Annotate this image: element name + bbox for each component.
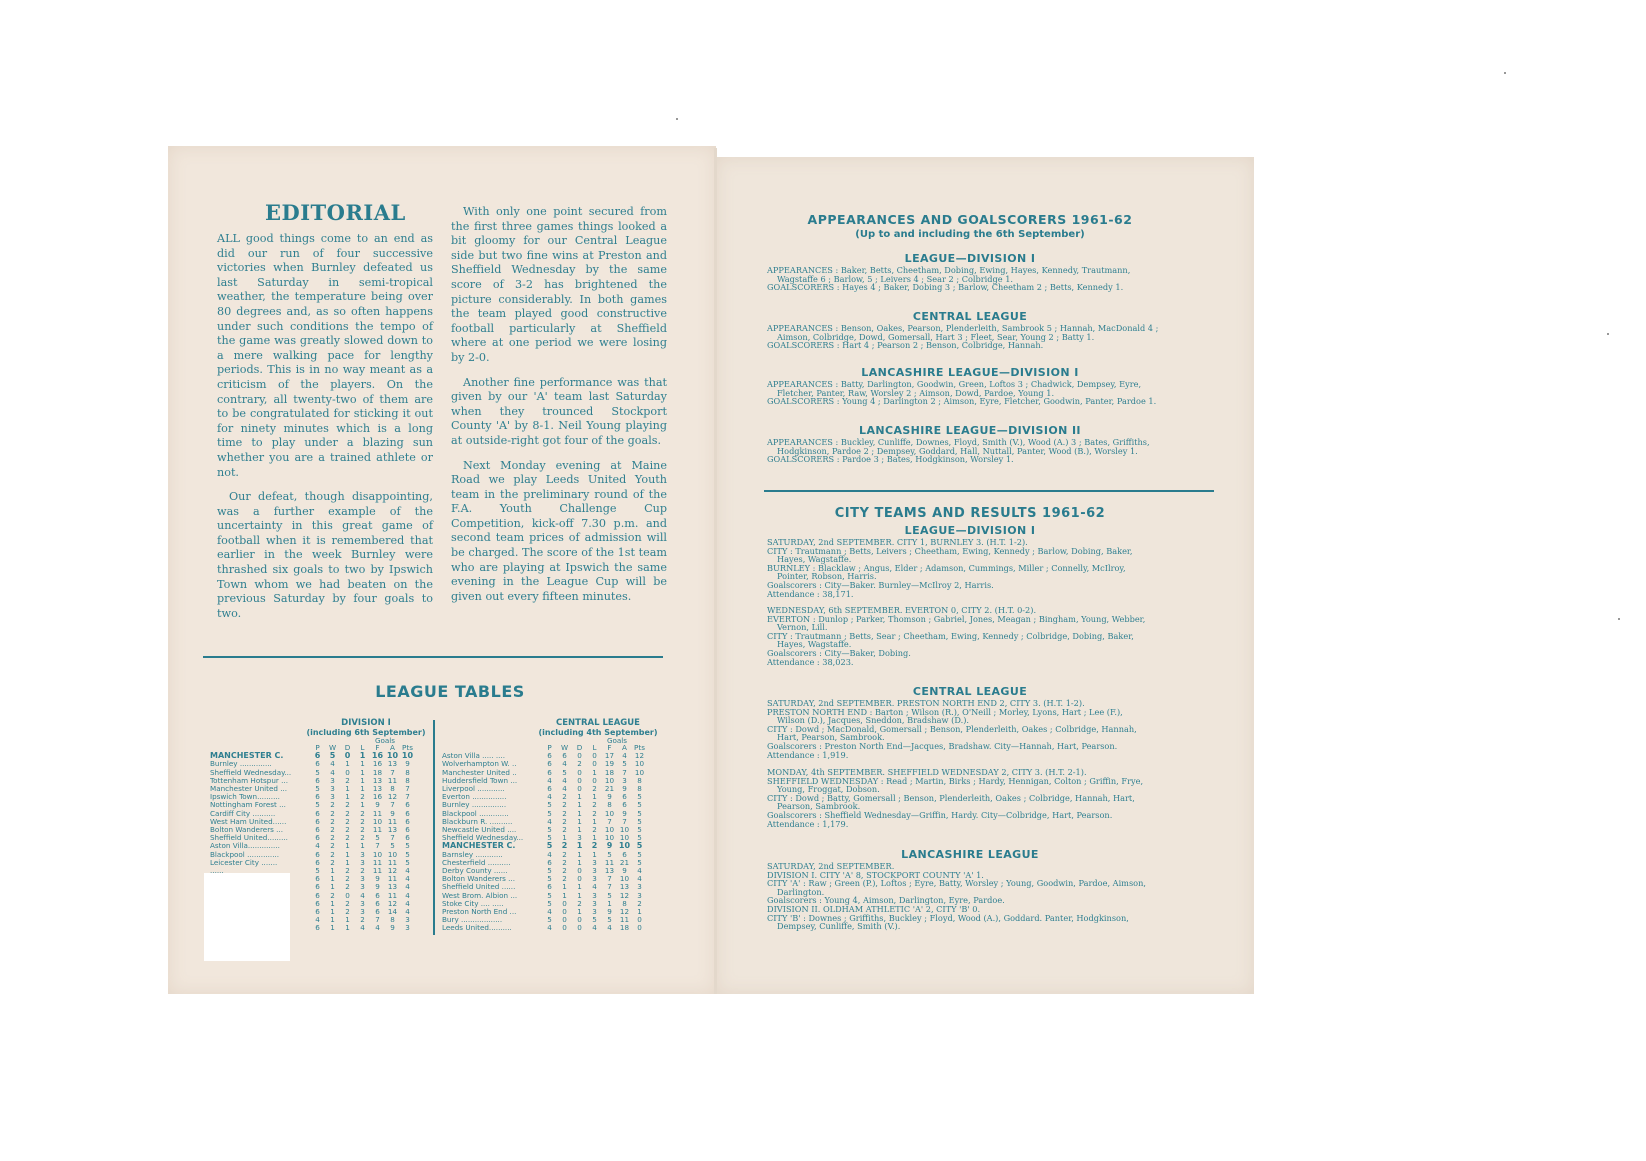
team-name: West Brom. Albion ...: [442, 892, 542, 900]
team-name: Nottingham Forest ...: [210, 801, 310, 809]
team-name: Blackpool ..............: [210, 851, 310, 859]
spacer: [210, 737, 310, 744]
stat-cell: 6: [310, 924, 325, 932]
spacer: [210, 744, 310, 752]
central-league-table: CENTRAL LEAGUE (including 4th September)…: [442, 718, 664, 933]
table-row: MANCHESTER C.6501161010: [210, 752, 415, 760]
section-body: APPEARANCES : Batty, Darlington, Goodwin…: [767, 380, 1215, 406]
team-name: Burnley ...............: [442, 801, 542, 809]
team-name: Newcastle United ....: [442, 826, 542, 834]
team-name: Sheffield Wednesday...: [442, 834, 542, 842]
editorial-column-2: With only one point secured from the fir…: [451, 205, 667, 614]
table-row: Aston Villa..............4211755: [210, 842, 415, 850]
team-name: Aston Villa..............: [210, 842, 310, 850]
stat-cell: 4: [370, 924, 385, 932]
table-subtitle: (including 4th September): [442, 728, 664, 737]
team-name: Bolton Wanderers ...: [442, 875, 542, 883]
goals-header-row: Goals: [210, 737, 415, 744]
table-row: Newcastle United ....521210105: [442, 826, 647, 834]
column-header-row: PWDLFAPts: [210, 744, 415, 752]
team-name: Leeds United..........: [442, 924, 542, 932]
text-line: Attendance : 38,023.: [767, 658, 1215, 667]
column-header-row: PWDLFAPts: [442, 744, 647, 752]
section-heading: LANCASHIRE LEAGUE—DIVISION II: [760, 424, 1180, 437]
match-report: WEDNESDAY, 6th SEPTEMBER. EVERTON 0, CIT…: [767, 606, 1215, 666]
team-name: Blackpool .............: [442, 810, 542, 818]
redaction-patch: [204, 873, 290, 961]
stat-cell: 1: [340, 924, 355, 932]
league-tables-title: LEAGUE TABLES: [300, 682, 600, 701]
stat-cell: 0: [632, 924, 647, 932]
team-name: MANCHESTER C.: [210, 752, 310, 760]
table-row: Derby County ......52031394: [442, 867, 647, 875]
text-line: GOALSCORERS : Hart 4 ; Pearson 2 ; Benso…: [767, 341, 1215, 350]
scan-speck: [1618, 618, 1620, 620]
table-title: DIVISION I: [210, 718, 432, 728]
table-row: Nottingham Forest ...5221976: [210, 801, 415, 809]
editorial-title: EDITORIAL: [265, 200, 405, 225]
goals-header-row: Goals: [442, 737, 647, 744]
section-body: APPEARANCES : Benson, Oakes, Pearson, Pl…: [767, 324, 1215, 350]
table-row: Blackpool .............52121095: [442, 810, 647, 818]
section-heading: LEAGUE—DIVISION I: [760, 524, 1180, 537]
table-row: Leeds United..........40044180: [442, 924, 647, 932]
table-row: Bolton Wanderers ...52037104: [442, 875, 647, 883]
team-name: Manchester United ...: [210, 785, 310, 793]
scan-speck: [676, 118, 678, 120]
stat-cell: 0: [557, 924, 572, 932]
stat-cell: 4: [587, 924, 602, 932]
stat-cell: 4: [602, 924, 617, 932]
editorial-paragraph: Our defeat, though disappointing, was a …: [217, 490, 433, 621]
team-name: Burnley ..............: [210, 760, 310, 768]
table-row: Bolton Wanderers ...622211136: [210, 826, 415, 834]
stat-cell: 4: [542, 924, 557, 932]
section-heading: CENTRAL LEAGUE: [760, 310, 1180, 323]
team-name: Leicester City .......: [210, 859, 310, 867]
spacer: [442, 737, 542, 744]
team-name: Sheffield United.........: [210, 834, 310, 842]
table-row: Bury ..................50055110: [442, 916, 647, 924]
page-fold: [714, 148, 717, 994]
column-divider: [433, 720, 435, 935]
team-name: Manchester United ..: [442, 769, 542, 777]
team-name: Derby County ......: [442, 867, 542, 875]
team-name: Preston North End ...: [442, 908, 542, 916]
stat-cell: 0: [572, 924, 587, 932]
team-name: Cardiff City ..........: [210, 810, 310, 818]
text-line: GOALSCORERS : Young 4 ; Darlington 2 ; A…: [767, 397, 1215, 406]
team-name: Sheffield Wednesday...: [210, 769, 310, 777]
text-line: Attendance : 38,171.: [767, 590, 1215, 599]
table-row: Aston Villa ..... ....660017412: [442, 752, 647, 760]
section-heading: LANCASHIRE LEAGUE: [760, 848, 1180, 861]
editorial-paragraph: Another fine performance was that given …: [451, 376, 667, 449]
table-row: Burnley ..............641116139: [210, 760, 415, 768]
section-divider: [764, 490, 1214, 492]
table-row: Burnley ...............5212865: [442, 801, 647, 809]
table-row: Huddersfield Town ...44001038: [442, 777, 647, 785]
team-name: Bury ..................: [442, 916, 542, 924]
table-row: Cardiff City ..........62221196: [210, 810, 415, 818]
appearances-title: APPEARANCES AND GOALSCORERS 1961-62: [760, 212, 1180, 227]
stat-cell: 18: [617, 924, 632, 932]
standings-table: GoalsPWDLFAPtsAston Villa ..... ....6600…: [442, 737, 647, 933]
table-row: Liverpool ............64022198: [442, 785, 647, 793]
editorial-paragraph: Next Monday evening at Maine Road we pla…: [451, 459, 667, 605]
scan-speck: [1504, 72, 1506, 74]
table-row: Stoke City .... .....5023182: [442, 900, 647, 908]
section-heading: LEAGUE—DIVISION I: [760, 252, 1180, 265]
text-line: Attendance : 1,179.: [767, 820, 1215, 829]
editorial-column-1: ALL good things come to an end as did ou…: [217, 232, 433, 631]
stat-cell: 4: [355, 924, 370, 932]
stat-cell: 9: [385, 924, 400, 932]
match-report: SATURDAY, 2nd SEPTEMBER. CITY 1, BURNLEY…: [767, 538, 1215, 598]
team-name: West Ham United......: [210, 818, 310, 826]
text-line: GOALSCORERS : Hayes 4 ; Baker, Dobing 3 …: [767, 283, 1215, 292]
team-name: Liverpool ............: [442, 785, 542, 793]
section-body: APPEARANCES : Buckley, Cunliffe, Downes,…: [767, 438, 1215, 464]
team-name: Aston Villa ..... ....: [442, 752, 542, 760]
table-subtitle: (including 6th September): [210, 728, 432, 737]
team-name: Chesterfield ..........: [442, 859, 542, 867]
stat-cell: 1: [325, 924, 340, 932]
table-row: Sheffield Wednesday...513110105: [442, 834, 647, 842]
table-row: Manchester United ...53111387: [210, 785, 415, 793]
section-body: APPEARANCES : Baker, Betts, Cheetham, Do…: [767, 266, 1215, 292]
section-heading: LANCASHIRE LEAGUE—DIVISION I: [760, 366, 1180, 379]
team-name: Sheffield United ......: [442, 883, 542, 891]
team-name: Tottenham Hotspur ...: [210, 777, 310, 785]
table-row: Barnsley ............4211565: [442, 851, 647, 859]
table-row: Preston North End ...40139121: [442, 908, 647, 916]
table-row: MANCHESTER C.52129105: [442, 842, 647, 850]
table-row: Sheffield Wednesday...54011878: [210, 769, 415, 777]
table-row: Ipswich Town..........631216127: [210, 793, 415, 801]
team-name: Wolverhampton W. ..: [442, 760, 542, 768]
section-heading: CENTRAL LEAGUE: [760, 685, 1180, 698]
appearances-subtitle: (Up to and including the 6th September): [760, 229, 1180, 240]
table-row: Blackpool ..............621310105: [210, 851, 415, 859]
team-name: Ipswich Town..........: [210, 793, 310, 801]
team-name: Blackburn R. ..........: [442, 818, 542, 826]
match-report: SATURDAY, 2nd SEPTEMBER.DIVISION I. CITY…: [767, 862, 1215, 931]
editorial-paragraph: With only one point secured from the fir…: [451, 205, 667, 366]
text-line: Attendance : 1,919.: [767, 751, 1215, 760]
team-name: Barnsley ............: [442, 851, 542, 859]
table-row: Tottenham Hotspur ...632113118: [210, 777, 415, 785]
scan-speck: [1607, 333, 1609, 335]
text-line: CITY 'A' : Raw ; Green (P.), Loftos ; Ey…: [767, 879, 1215, 888]
team-name: MANCHESTER C.: [442, 842, 542, 850]
team-name: Huddersfield Town ...: [442, 777, 542, 785]
table-title: CENTRAL LEAGUE: [442, 718, 664, 728]
text-line: GOALSCORERS : Pardoe 3 ; Bates, Hodgkins…: [767, 455, 1215, 464]
table-row: Leicester City .......621311115: [210, 859, 415, 867]
text-line: Dempsey, Cunliffe, Smith (V.).: [767, 922, 1215, 931]
team-name: Stoke City .... .....: [442, 900, 542, 908]
spacer: [442, 744, 542, 752]
table-row: West Ham United......622210116: [210, 818, 415, 826]
table-row: Manchester United ..650118710: [442, 769, 647, 777]
table-row: Everton ...............4211965: [442, 793, 647, 801]
text-line: EVERTON : Dunlop ; Parker, Thomson ; Gab…: [767, 615, 1215, 624]
editorial-paragraph: ALL good things come to an end as did ou…: [217, 232, 433, 480]
table-row: Sheffield United.........6222576: [210, 834, 415, 842]
table-row: West Brom. Albion ...51135123: [442, 892, 647, 900]
stat-cell: 3: [400, 924, 415, 932]
table-row: Chesterfield ..........621311215: [442, 859, 647, 867]
table-row: Sheffield United ......61147133: [442, 883, 647, 891]
results-title: CITY TEAMS AND RESULTS 1961-62: [760, 506, 1180, 521]
team-name: Everton ...............: [442, 793, 542, 801]
team-name: Bolton Wanderers ...: [210, 826, 310, 834]
table-row: Wolverhampton W. ..642019510: [442, 760, 647, 768]
match-report: MONDAY, 4th SEPTEMBER. SHEFFIELD WEDNESD…: [767, 768, 1215, 828]
match-report: SATURDAY, 2nd SEPTEMBER. PRESTON NORTH E…: [767, 699, 1215, 759]
section-divider: [203, 656, 663, 658]
table-row: Blackburn R. ..........4211775: [442, 818, 647, 826]
